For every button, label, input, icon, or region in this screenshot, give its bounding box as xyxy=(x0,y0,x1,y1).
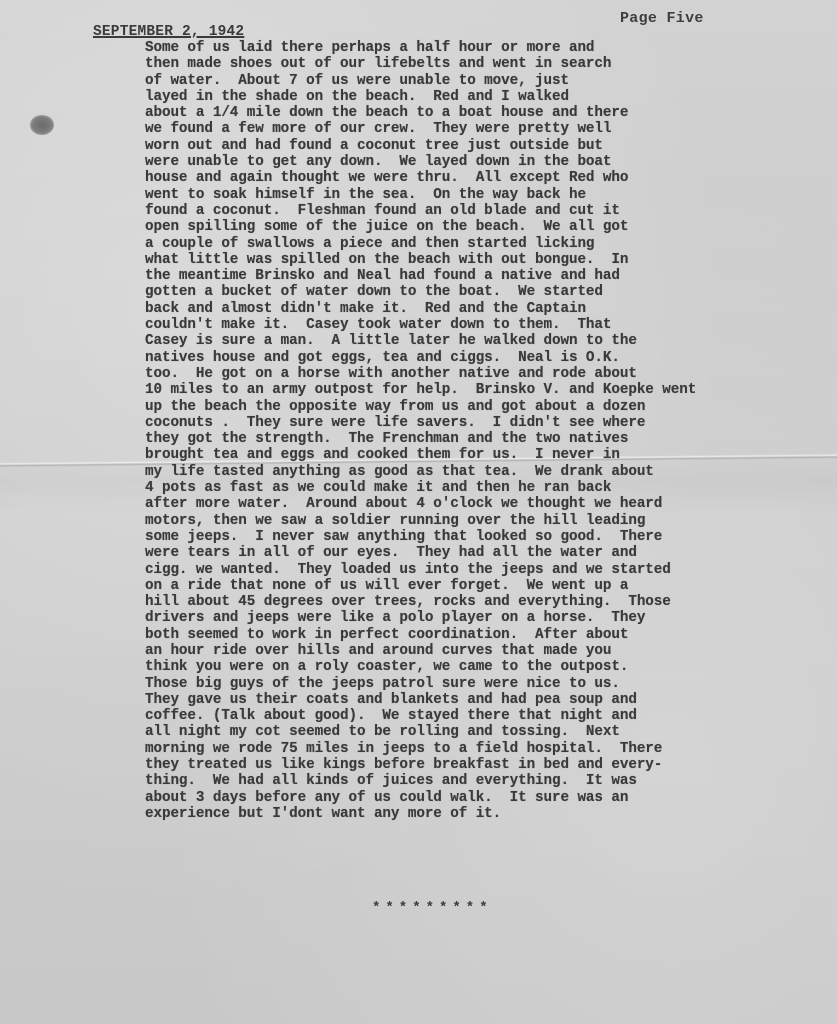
page-number-label: Page Five xyxy=(620,10,704,27)
text-line: coconuts . They sure were life savers. I… xyxy=(145,415,835,431)
ink-stain xyxy=(30,115,54,135)
text-line: 4 pots as fast as we could make it and t… xyxy=(145,480,835,496)
text-line: then made shoes out of our lifebelts and… xyxy=(145,56,835,72)
text-line: went to soak himself in the sea. On the … xyxy=(145,187,835,203)
text-line: think you were on a roly coaster, we cam… xyxy=(145,659,835,675)
text-line: about 3 days before any of us could walk… xyxy=(145,790,835,806)
text-line: back and almost didn't make it. Red and … xyxy=(145,301,835,317)
text-line: were unable to get any down. We layed do… xyxy=(145,154,835,170)
text-line: drivers and jeeps were like a polo playe… xyxy=(145,610,835,626)
text-line: worn out and had found a coconut tree ju… xyxy=(145,138,835,154)
text-line: what little was spilled on the beach wit… xyxy=(145,252,835,268)
text-line: 10 miles to an army outpost for help. Br… xyxy=(145,382,835,398)
text-line: house and again thought we were thru. Al… xyxy=(145,170,835,186)
text-line: layed in the shade on the beach. Red and… xyxy=(145,89,835,105)
text-line: both seemed to work in perfect coordinat… xyxy=(145,627,835,643)
text-line: couldn't make it. Casey took water down … xyxy=(145,317,835,333)
text-line: hill about 45 degrees over trees, rocks … xyxy=(145,594,835,610)
text-line: were tears in all of our eyes. They had … xyxy=(145,545,835,561)
text-line: about a 1/4 mile down the beach to a boa… xyxy=(145,105,835,121)
text-line: a couple of swallows a piece and then st… xyxy=(145,236,835,252)
text-line: thing. We had all kinds of juices and ev… xyxy=(145,773,835,789)
text-line: they got the strength. The Frenchman and… xyxy=(145,431,835,447)
text-line: the meantime Brinsko and Neal had found … xyxy=(145,268,835,284)
text-line: cigg. we wanted. They loaded us into the… xyxy=(145,562,835,578)
text-line: too. He got on a horse with another nati… xyxy=(145,366,835,382)
text-line: open spilling some of the juice on the b… xyxy=(145,219,835,235)
text-line: up the beach the opposite way from us an… xyxy=(145,399,835,415)
text-line: found a coconut. Fleshman found an old b… xyxy=(145,203,835,219)
text-line: They gave us their coats and blankets an… xyxy=(145,692,835,708)
text-line: experience but I'dont want any more of i… xyxy=(145,806,835,822)
text-line: morning we rode 75 miles in jeeps to a f… xyxy=(145,741,835,757)
text-line: after more water. Around about 4 o'clock… xyxy=(145,496,835,512)
typewritten-body: Some of us laid there perhaps a half hou… xyxy=(145,40,835,822)
text-line: on a ride that none of us will ever forg… xyxy=(145,578,835,594)
text-line: natives house and got eggs, tea and cigg… xyxy=(145,350,835,366)
text-line: Casey is sure a man. A little later he w… xyxy=(145,333,835,349)
text-line: brought tea and eggs and cooked them for… xyxy=(145,447,835,463)
text-line: motors, then we saw a soldier running ov… xyxy=(145,513,835,529)
text-line: coffee. (Talk about good). We stayed the… xyxy=(145,708,835,724)
text-line: they treated us like kings before breakf… xyxy=(145,757,835,773)
text-line: gotten a bucket of water down to the boa… xyxy=(145,284,835,300)
text-line: all night my cot seemed to be rolling an… xyxy=(145,724,835,740)
text-line: Some of us laid there perhaps a half hou… xyxy=(145,40,835,56)
text-line: some jeeps. I never saw anything that lo… xyxy=(145,529,835,545)
date-heading: SEPTEMBER 2, 1942 xyxy=(93,24,244,40)
text-line: of water. About 7 of us were unable to m… xyxy=(145,73,835,89)
text-line: an hour ride over hills and around curve… xyxy=(145,643,835,659)
asterisk-separator: ********* xyxy=(372,900,493,916)
text-line: my life tasted anything as good as that … xyxy=(145,464,835,480)
text-line: we found a few more of our crew. They we… xyxy=(145,121,835,137)
text-line: Those big guys of the jeeps patrol sure … xyxy=(145,676,835,692)
